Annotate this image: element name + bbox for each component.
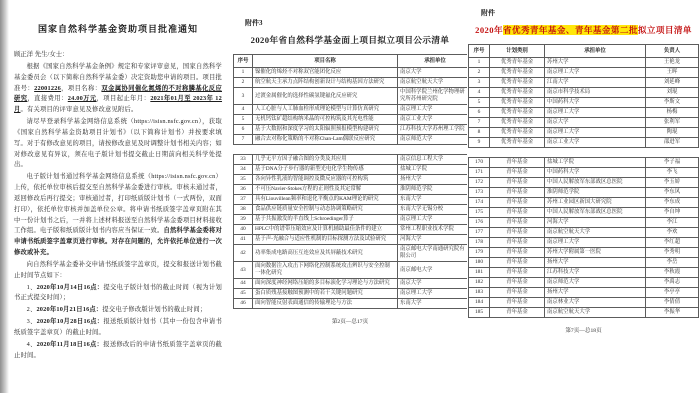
table-cell: 李自坤	[646, 208, 699, 218]
table-cell: 李振华	[646, 308, 699, 318]
table-cell: 7	[469, 118, 490, 128]
table-row: 1镍催化的烯烃不对称双官能团化反应南京大学	[234, 68, 473, 78]
table-row: 39基于共振激发的半直线上Schroedinger算子南京理工大学	[234, 215, 473, 225]
table-cell: 王晖	[646, 68, 699, 78]
table-cell: 南京航空航天大学	[545, 228, 646, 238]
title-suffix: 拟立项目清单	[638, 25, 692, 35]
table-row: 184青年基金南京林业大学李倩倩	[469, 298, 699, 308]
table-cell: 南京工业大学	[545, 138, 646, 148]
table-cell: 174	[469, 198, 490, 208]
table-cell: 青年基金	[490, 308, 545, 318]
table-row: 172青年基金中国人民解放军东部战区总医院李玉娇	[469, 178, 699, 188]
column-header: 序号	[234, 55, 253, 68]
table-cell: 常州工程职业技术学院	[398, 225, 473, 235]
table-row: 182青年基金南京师范大学李禹志	[469, 278, 699, 288]
table-cell: 38	[234, 205, 253, 215]
table-cell: 淮阴师范学院	[545, 188, 646, 198]
text-segment: 4、	[27, 341, 37, 348]
table-cell: 南京理工大学	[545, 128, 646, 138]
table-cell: 优秀青年基金	[490, 68, 545, 78]
table-cell: 李东风	[646, 188, 699, 198]
table-cell: 中国科学院兰州化学物理研究所苏州研究院	[398, 88, 473, 105]
general-projects-page: 附件3 2020年省自然科学基金面上项目拟立项目公示清单 序号 项目名称 承担单…	[233, 0, 467, 393]
letter-paragraph: 电子版计划书通过科学基金网络信息系统（https://isisn.nsfc.go…	[14, 172, 222, 259]
youth-projects-page: 附件 2020年省优秀青年基金、青年基金第二批拟立项目清单 序号 计划类别 承担…	[467, 0, 700, 393]
table-cell: 江苏科技大学	[545, 268, 646, 278]
table-cell: 江南大学	[545, 78, 646, 88]
youth-projects-table: 序号 计划类别 承担单位 负责人 1优秀青年基金苏州大学王艳龙2优秀青年基金南京…	[468, 44, 699, 148]
table-row: 44面向深度神经网络压缩的多目标演化学习理论与方法研究南京大学	[234, 279, 473, 289]
table-cell: 李红超	[646, 238, 699, 248]
table-cell: 33	[234, 155, 253, 165]
table-row: 3过渡金属催化的选择性碳氢键氟化反应研究中国科学院兰州化学物理研究所苏州研究院	[234, 88, 473, 105]
table-cell: 36	[234, 185, 253, 195]
table-cell: 优秀青年基金	[490, 118, 545, 128]
table-cell: 功率集成电路高压互连效应及其屏蔽技术研究	[253, 245, 398, 262]
table-cell: 不可压Navier-Stokes方程的正则性及其定常解	[253, 185, 398, 195]
table-cell: 43	[234, 262, 253, 279]
table-cell: 3	[234, 88, 253, 105]
table-cell: 青年基金	[490, 198, 545, 208]
text-segment: 2、	[27, 306, 37, 313]
column-header: 计划类别	[490, 45, 545, 58]
table-cell: 4	[469, 88, 490, 98]
table-cell: 172	[469, 178, 490, 188]
table-cell: 184	[469, 298, 490, 308]
table-cell: 南京林业大学	[545, 298, 646, 308]
table-row: 6优秀青年基金南京理工大学杨梅	[469, 108, 699, 118]
table-cell: 175	[469, 208, 490, 218]
table-cell: 南京大学	[398, 279, 473, 289]
table-cell: 南京理工大学	[398, 215, 473, 225]
table-row: 5优秀青年基金中国药科大学李斯文	[469, 98, 699, 108]
text-segment: 3、	[27, 318, 37, 325]
table-row: 40HPLC中的谱带压缩效应及计算机辅助最佳条件的建立常州工程职业技术学院	[234, 225, 473, 235]
letter-salutation: 顾正洋 先生/女士：	[14, 49, 222, 58]
table-cell: 东南大学	[398, 299, 473, 309]
letter-body: 根据《国家自然科学基金条例》规定和专家评审意见，国家自然科学基金委员会（以下简称…	[14, 62, 222, 361]
table-row: 185青年基金南京航空航天大学李振华	[469, 308, 699, 318]
table-row: 36不可压Navier-Stokes方程的正则性及其定常解淮阴师范学院	[234, 185, 473, 195]
table-cell: 41	[234, 235, 253, 245]
youth-projects-table-continued: 170青年基金盐城工学院李子福171青年基金中国药科大学李飞172青年基金中国人…	[468, 157, 699, 318]
table-cell: 李亭亭	[646, 288, 699, 298]
table-cell: 34	[234, 165, 253, 175]
table-cell: 青年基金	[490, 298, 545, 308]
table-cell: 优秀青年基金	[490, 58, 545, 68]
general-list-title: 2020年省自然科学基金面上项目拟立项目公示清单	[233, 34, 467, 46]
text-segment: 1、	[27, 284, 37, 291]
table-cell: 镍催化的烯烃不对称双官能团化反应	[253, 68, 398, 78]
table-cell: 35	[234, 175, 253, 185]
table-cell: 178	[469, 238, 490, 248]
table-cell: 南京航空航天大学	[545, 308, 646, 318]
table-row: 7融合去对称化策略的不对称Chan-Lam偶联反应研究南京师范大学	[234, 135, 473, 145]
table-row: 3优秀青年基金江南大学刘延峰	[469, 78, 699, 88]
table-row: 175青年基金中国人民解放军东部战区总医院李自坤	[469, 208, 699, 218]
table-cell: 37	[234, 195, 253, 205]
table-cell: 青年基金	[490, 158, 545, 168]
table-cell: 6	[234, 125, 253, 135]
text-segment: 2020年10月14日16点：	[37, 284, 104, 291]
table-cell: 青年基金	[490, 188, 545, 198]
table-cell: 李玉娇	[646, 178, 699, 188]
table-cell: 40	[234, 225, 253, 235]
table-row: 176青年基金河海大学李江	[469, 218, 699, 228]
column-header: 负责人	[646, 45, 699, 58]
table-row: 181青年基金江苏科技大学李秋霞	[469, 268, 699, 278]
table-cell: 河海大学	[398, 235, 473, 245]
table-cell: 李子福	[646, 158, 699, 168]
table-cell: 39	[234, 215, 253, 225]
table-row: 174青年基金苏州工业园区新国大研究院李东成	[469, 198, 699, 208]
table-cell: 171	[469, 168, 490, 178]
deadline-item: 4、2020年11月18日16点：报送修改后的申请书纸质签字盖章页的截止时间。	[14, 340, 222, 362]
table-row: 46面向智能反射表面通信的传输理论与方法东南大学	[234, 299, 473, 309]
table-cell: 南京理工大学	[545, 108, 646, 118]
deadline-item: 2、2020年10月21日16点：提交电子修改版计划书的截止时间；	[14, 305, 222, 316]
table-row: 42功率集成电路高压互连效应及其屏蔽技术研究南京邮电大学南通研究院有限公司	[234, 245, 473, 262]
document-viewer: 国家自然科学基金资助项目批准通知 顾正洋 先生/女士： 根据《国家自然科学基金条…	[0, 0, 700, 393]
text-segment: ，直接费用：	[27, 95, 67, 102]
table-section-gap	[233, 145, 467, 154]
table-cell: 苏州工业园区新国大研究院	[545, 198, 646, 208]
table-cell: 盐城工学院	[398, 165, 473, 175]
table-cell: 南京师范大学	[545, 278, 646, 288]
table-cell: 航空航天主承力点阵结构创新设计与结构基因方法研究	[253, 78, 398, 88]
letter-page: 国家自然科学基金资助项目批准通知 顾正洋 先生/女士： 根据《国家自然科学基金条…	[0, 0, 233, 393]
table-cell: 南京理工大学	[545, 238, 646, 248]
table-cell: 优秀青年基金	[490, 128, 545, 138]
page-number: 第7页—总18页	[467, 326, 700, 334]
table-cell: 面向数据注入攻击下网络化控制系统攻击辨识与安全控制一体化研究	[253, 262, 398, 279]
table-row: 2优秀青年基金南京理工大学王晖	[469, 68, 699, 78]
table-cell: 南京航空航天大学	[398, 78, 473, 88]
table-cell: 173	[469, 188, 490, 198]
table-row: 45蛋白质残基接触图预测中的若干关键问题研究南京理工大学	[234, 289, 473, 299]
table-cell: 青年基金	[490, 288, 545, 298]
table-cell: 无机钙钛矿超结构纳米晶的可控构筑及其光电性能	[253, 115, 398, 125]
table-cell: 45	[234, 289, 253, 299]
table-cell: 刘延峰	[646, 78, 699, 88]
table-row: 170青年基金盐城工学院李子福	[469, 158, 699, 168]
table-cell: 优秀青年基金	[490, 78, 545, 88]
table-cell: 南京师范大学	[398, 135, 473, 145]
text-segment: 24.00万元	[68, 95, 97, 102]
table-row: 38食品供应链质量安全控制与动态协调策略研究东南大学无锡分校	[234, 205, 473, 215]
table-cell: 南京理工大学	[398, 289, 473, 299]
table-row: 4优秀青年基金南京市科学技术局刘琨	[469, 88, 699, 98]
table-cell: 刘琨	[646, 88, 699, 98]
table-cell: 融合去对称化策略的不对称Chan-Lam偶联反应研究	[253, 135, 398, 145]
table-cell: 9	[469, 138, 490, 148]
table-cell: 扬州大学	[545, 288, 646, 298]
letter-title: 国家自然科学基金资助项目批准通知	[14, 22, 222, 35]
table-row: 4人工心脏与人工肺血栓形成理论模型与计算仿真研究南京理工大学	[234, 105, 473, 115]
table-cell: 中国药科大学	[545, 98, 646, 108]
table-cell: 具有Liouvillean频率和退化平衡点的KAM理论的研究	[253, 195, 398, 205]
table-cell: 优秀青年基金	[490, 98, 545, 108]
table-row: 171青年基金中国药科大学李飞	[469, 168, 699, 178]
table-cell: 4	[234, 105, 253, 115]
table-row: 34基于DNA分子步行器的新型光电化学生物传感盐城工学院	[234, 165, 473, 175]
table-cell: 李禹志	[646, 278, 699, 288]
letter-paragraph: 向自然科学基金委补交申请书纸质签字盖章页，提交和报送计划书截止时间节点如下：	[14, 260, 222, 282]
deadline-item: 3、2020年10月28日16点：报送纸质版计划书（其中一份包含申请书纸质签字盖…	[14, 317, 222, 339]
title-prefix: 2020年	[475, 25, 503, 35]
table-row: 35各向异性乳液的智能调控及微反应器的可控构筑扬州大学	[234, 175, 473, 185]
table-cell: 王艳龙	[646, 58, 699, 68]
letter-paragraph: 请尽早登录科学基金网络信息系统（https://isisn.nsfc.gov.c…	[14, 117, 222, 171]
table-cell: 基于DNA分子步行器的新型光电化学生物传感	[253, 165, 398, 175]
table-cell: 张利军	[646, 118, 699, 128]
table-cell: 185	[469, 308, 490, 318]
text-segment: 2020年11月18日16点：	[37, 341, 104, 348]
table-cell: 南京邮电大学	[398, 262, 473, 279]
table-cell: 南京理工大学	[545, 68, 646, 78]
table-cell: 170	[469, 158, 490, 168]
table-cell: 李秋霞	[646, 268, 699, 278]
page-spine-shadow	[0, 0, 9, 393]
text-segment: ，项目名称：	[61, 85, 101, 92]
table-row: 9优秀青年基金南京工业大学邵进军	[469, 138, 699, 148]
table-cell: 南京信息工程大学	[398, 155, 473, 165]
table-cell: 邵进军	[646, 138, 699, 148]
table-cell: 南京邮电大学南通研究院有限公司	[398, 245, 473, 262]
table-cell: 5	[469, 98, 490, 108]
table-cell: 2	[234, 78, 253, 88]
table-cell: 基于共振激发的半直线上Schroedinger算子	[253, 215, 398, 225]
table-cell: 东南大学	[398, 195, 473, 205]
table-cell: 183	[469, 288, 490, 298]
table-cell: 扬州大学	[545, 258, 646, 268]
table-row: 41基于声-光融合与适应性机制的目标探测方法及试验研究河海大学	[234, 235, 473, 245]
title-highlighted-text: 省优秀青年基金、青年基金第二批	[503, 25, 638, 35]
youth-list-title: 2020年省优秀青年基金、青年基金第二批拟立项目清单	[467, 24, 700, 36]
table-cell: 扬州大学	[398, 175, 473, 185]
text-segment: 22001226	[34, 85, 61, 92]
table-row: 37具有Liouvillean频率和退化平衡点的KAM理论的研究东南大学	[234, 195, 473, 205]
table-row: 179青年基金苏州大学附属第一医院李秀明	[469, 248, 699, 258]
table-cell: 中国人民解放军东部战区总医院	[545, 178, 646, 188]
general-projects-table-continued: 33几乎无平方因子融合图的分类及其应用南京信息工程大学34基于DNA分子步行器的…	[233, 154, 473, 309]
table-cell: 李倩倩	[646, 298, 699, 308]
table-cell: 2	[469, 68, 490, 78]
text-segment: 向自然科学基金委补交申请书纸质签字盖章页，提交和报送计划书截止时间节点如下：	[14, 261, 222, 279]
general-projects-table: 序号 项目名称 承担单位 1镍催化的烯烃不对称双官能团化反应南京大学2航空航天主…	[233, 54, 473, 145]
table-cell: 180	[469, 258, 490, 268]
table-cell: 176	[469, 218, 490, 228]
table-cell: 6	[469, 108, 490, 118]
table-cell: 7	[234, 135, 253, 145]
table-row: 8优秀青年基金南京理工大学陶琨	[469, 128, 699, 138]
table-cell: 182	[469, 278, 490, 288]
column-header: 项目名称	[253, 55, 398, 68]
table-row: 1优秀青年基金苏州大学王艳龙	[469, 58, 699, 68]
table-cell: 李秀明	[646, 248, 699, 258]
table-cell: 8	[469, 128, 490, 138]
table-cell: 44	[234, 279, 253, 289]
table-cell: 青年基金	[490, 268, 545, 278]
column-header: 序号	[469, 45, 490, 58]
text-segment: 2020年10月28日16点：	[37, 318, 104, 325]
text-segment: 2020年10月21日16点：	[36, 306, 102, 313]
column-header: 承担单位	[398, 55, 473, 68]
table-row: 43面向数据注入攻击下网络化控制系统攻击辨识与安全控制一体化研究南京邮电大学	[234, 262, 473, 279]
table-cell: 青年基金	[490, 248, 545, 258]
table-cell: 杨梅	[646, 108, 699, 118]
table-cell: 中国人民解放军东部战区总医院	[545, 208, 646, 218]
attachment-label: 附件	[467, 0, 700, 18]
table-cell: 基于大数据和深度学习的太阳辐照预报模型构建研究	[253, 125, 398, 135]
table-cell: 青年基金	[490, 218, 545, 228]
table-cell: 东南大学无锡分校	[398, 205, 473, 215]
table-section-gap	[467, 148, 700, 157]
table-cell: 江苏科技大学苏州理工学院	[398, 125, 473, 135]
table-cell: 过渡金属催化的选择性碳氢键氟化反应研究	[253, 88, 398, 105]
table-cell: HPLC中的谱带压缩效应及计算机辅助最佳条件的建立	[253, 225, 398, 235]
table-cell: 李欢	[646, 228, 699, 238]
table-cell: 179	[469, 248, 490, 258]
text-segment: 提交电子修改版计划书的截止时间；	[102, 306, 206, 313]
attachment-label: 附件3	[233, 0, 467, 28]
table-cell: 青年基金	[490, 238, 545, 248]
table-cell: 食品供应链质量安全控制与动态协调策略研究	[253, 205, 398, 215]
table-cell: 46	[234, 299, 253, 309]
table-cell: 李东成	[646, 198, 699, 208]
text-segment: 请尽早登录科学基金网络信息系统（https://isisn.nsfc.gov.c…	[14, 118, 222, 168]
table-cell: 苏州大学	[545, 58, 646, 68]
table-cell: 南京工业大学	[398, 115, 473, 125]
table-cell: 177	[469, 228, 490, 238]
table-row: 183青年基金扬州大学李亭亭	[469, 288, 699, 298]
table-row: 7优秀青年基金南京大学张利军	[469, 118, 699, 128]
table-header-row: 序号 计划类别 承担单位 负责人	[469, 45, 699, 58]
table-cell: 李岳	[646, 258, 699, 268]
table-cell: 1	[469, 58, 490, 68]
table-row: 2航空航天主承力点阵结构创新设计与结构基因方法研究南京航空航天大学	[234, 78, 473, 88]
table-cell: 优秀青年基金	[490, 88, 545, 98]
table-cell: 青年基金	[490, 278, 545, 288]
table-cell: 苏州大学附属第一医院	[545, 248, 646, 258]
table-cell: 181	[469, 268, 490, 278]
text-segment: 。有关项目的评审意见及修改意见附后。	[21, 106, 138, 113]
table-row: 5无机钙钛矿超结构纳米晶的可控构筑及其光电性能南京工业大学	[234, 115, 473, 125]
table-cell: 几乎无平方因子融合图的分类及其应用	[253, 155, 398, 165]
table-cell: 青年基金	[490, 168, 545, 178]
table-row: 33几乎无平方因子融合图的分类及其应用南京信息工程大学	[234, 155, 473, 165]
table-row: 180青年基金扬州大学李岳	[469, 258, 699, 268]
table-row: 173青年基金淮阴师范学院李东风	[469, 188, 699, 198]
table-cell: 3	[469, 78, 490, 88]
table-cell: 人工心脏与人工肺血栓形成理论模型与计算仿真研究	[253, 105, 398, 115]
table-cell: 南京大学	[398, 68, 473, 78]
table-cell: 各向异性乳液的智能调控及微反应器的可控构筑	[253, 175, 398, 185]
table-cell: 南京大学	[545, 118, 646, 128]
table-cell: 1	[234, 68, 253, 78]
table-cell: 优秀青年基金	[490, 138, 545, 148]
table-row: 178青年基金南京理工大学李红超	[469, 238, 699, 248]
table-cell: 盐城工学院	[545, 158, 646, 168]
table-cell: 面向智能反射表面通信的传输理论与方法	[253, 299, 398, 309]
table-cell: 面向深度神经网络压缩的多目标演化学习理论与方法研究	[253, 279, 398, 289]
table-cell: 淮阴师范学院	[398, 185, 473, 195]
table-cell: 42	[234, 245, 253, 262]
table-cell: 李斯文	[646, 98, 699, 108]
table-cell: 优秀青年基金	[490, 108, 545, 118]
table-cell: 中国药科大学	[545, 168, 646, 178]
table-cell: 青年基金	[490, 178, 545, 188]
table-cell: 基于声-光融合与适应性机制的目标探测方法及试验研究	[253, 235, 398, 245]
table-row: 177青年基金南京航空航天大学李欢	[469, 228, 699, 238]
deadline-item: 1、2020年10月14日16点：提交电子版计划书的截止时间（视为计划书正式提交…	[14, 283, 222, 305]
table-cell: 5	[234, 115, 253, 125]
table-cell: 李飞	[646, 168, 699, 178]
table-cell: 青年基金	[490, 258, 545, 268]
table-header-row: 序号 项目名称 承担单位	[234, 55, 473, 68]
page-number: 第2页—总17页	[233, 317, 467, 325]
table-cell: 蛋白质残基接触图预测中的若干关键问题研究	[253, 289, 398, 299]
table-cell: 陶琨	[646, 128, 699, 138]
table-cell: 南京市科学技术局	[545, 88, 646, 98]
table-cell: 青年基金	[490, 228, 545, 238]
table-row: 6基于大数据和深度学习的太阳辐照预报模型构建研究江苏科技大学苏州理工学院	[234, 125, 473, 135]
table-cell: 青年基金	[490, 208, 545, 218]
table-cell: 南京理工大学	[398, 105, 473, 115]
text-segment: 电子版计划书通过科学基金网络信息系统（https://isisn.nsfc.go…	[14, 173, 222, 234]
table-cell: 李江	[646, 218, 699, 228]
table-cell: 河海大学	[545, 218, 646, 228]
text-segment: ，项目起止年月：	[97, 95, 151, 102]
letter-paragraph: 根据《国家自然科学基金条例》规定和专家评审意见，国家自然科学基金委员会（以下简称…	[14, 62, 222, 116]
column-header: 承担单位	[545, 45, 646, 58]
